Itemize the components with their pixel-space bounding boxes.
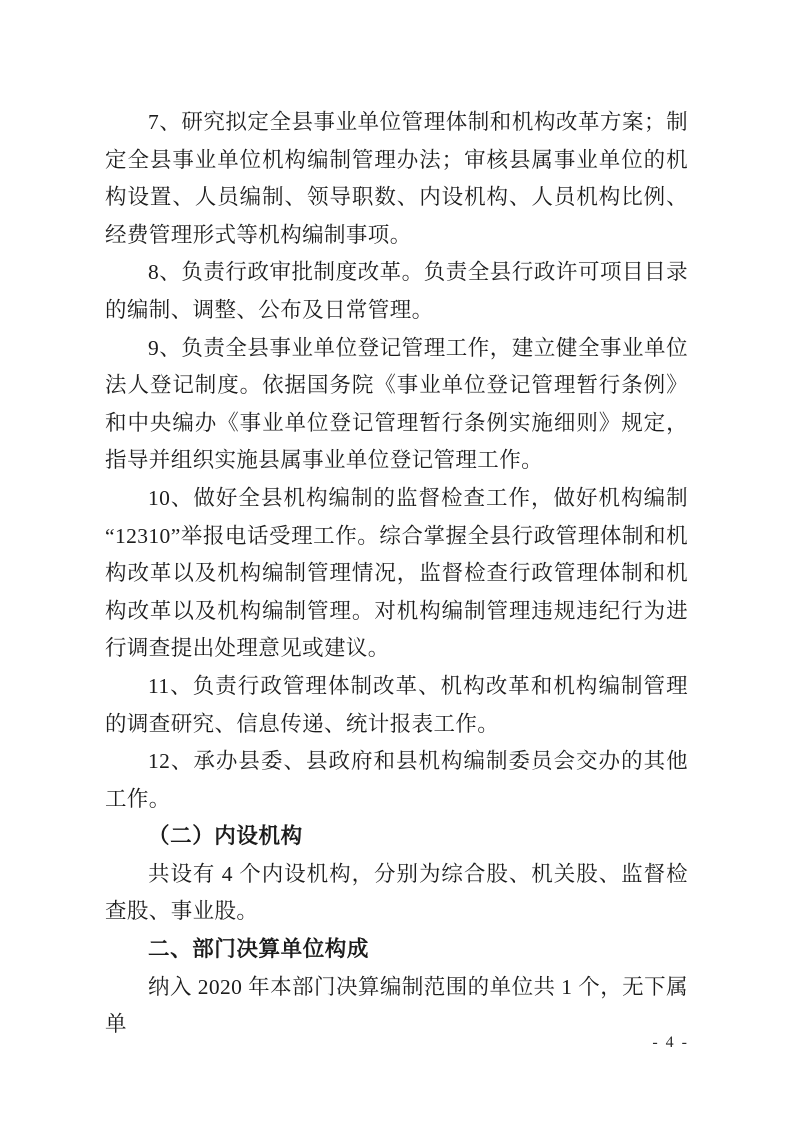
paragraph-duty-10: 10、做好全县机构编制的监督检查工作，做好机构编制“12310”举报电话受理工作…: [105, 480, 688, 668]
heading-internal-organs: （二）内设机构: [105, 818, 688, 856]
document-page: 7、研究拟定全县事业单位管理体制和机构改革方案；制定全县事业单位机构编制管理办法…: [0, 0, 793, 1122]
page-number: - 4 -: [652, 1033, 689, 1053]
paragraph-duty-7: 7、研究拟定全县事业单位管理体制和机构改革方案；制定全县事业单位机构编制管理办法…: [105, 104, 688, 254]
paragraph-duty-8: 8、负责行政审批制度改革。负责全县行政许可项目目录的编制、调整、公布及日常管理。: [105, 254, 688, 329]
paragraph-unit-composition: 纳入 2020 年本部门决算编制范围的单位共 1 个，无下属单: [105, 969, 688, 1044]
paragraph-internal-organs-detail: 共设有 4 个内设机构，分别为综合股、机关股、监督检查股、事业股。: [105, 856, 688, 931]
paragraph-duty-11: 11、负责行政管理体制改革、机构改革和机构编制管理的调查研究、信息传递、统计报表…: [105, 668, 688, 743]
heading-final-accounts-unit-composition: 二、部门决算单位构成: [105, 931, 688, 969]
paragraph-duty-12: 12、承办县委、县政府和县机构编制委员会交办的其他工作。: [105, 743, 688, 818]
document-body: 7、研究拟定全县事业单位管理体制和机构改革方案；制定全县事业单位机构编制管理办法…: [105, 104, 688, 1044]
paragraph-duty-9: 9、负责全县事业单位登记管理工作，建立健全事业单位法人登记制度。依据国务院《事业…: [105, 330, 688, 480]
